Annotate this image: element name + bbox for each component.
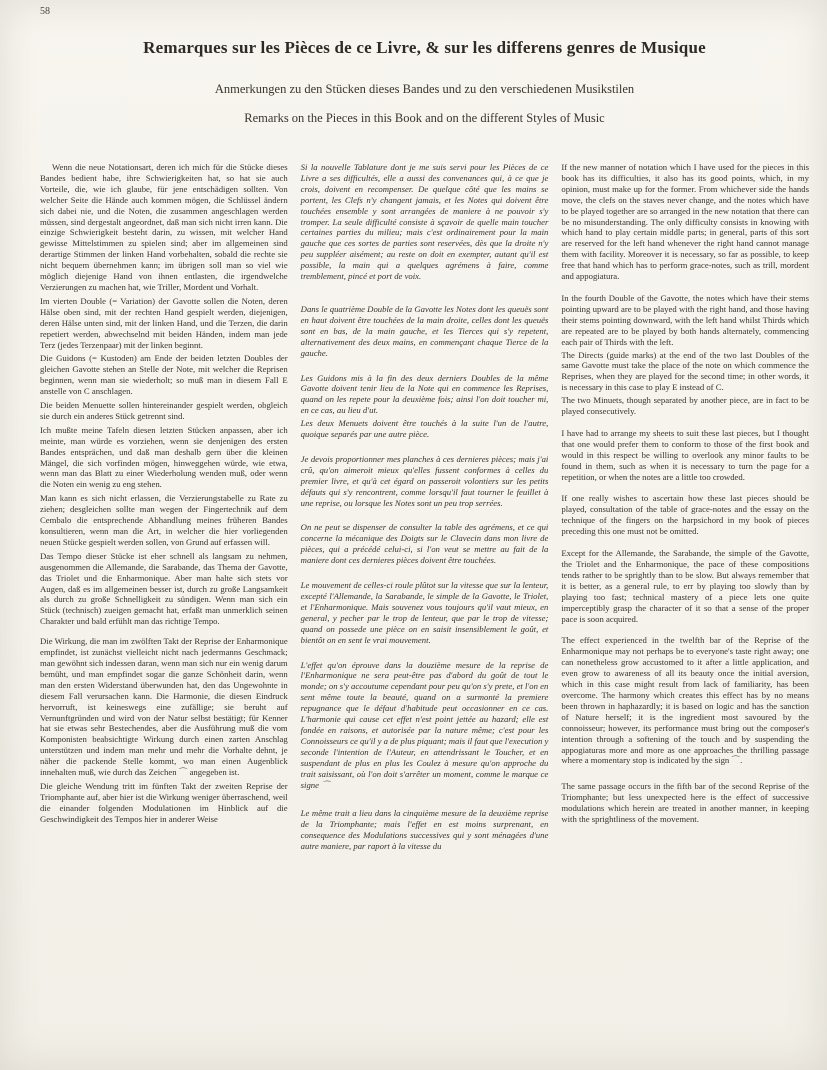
column-german: Wenn die neue Notationsart, deren ich mi… [40,162,288,866]
paragraph: Die beiden Menuette sollen hintereinande… [40,400,288,422]
paragraph: Man kann es sich nicht erlassen, die Ver… [40,493,288,548]
paragraph: Ich mußte meine Tafeln diesen letzten St… [40,425,288,490]
paragraph: The same passage occurs in the fifth bar… [561,781,809,825]
paragraph: Das Tempo dieser Stücke ist eher schnell… [40,551,288,627]
paragraph: The effect experienced in the twelfth ba… [561,635,809,766]
paragraph: Die Wirkung, die man im zwölften Takt de… [40,636,288,778]
page-number: 58 [40,6,809,18]
paragraph: Die Guidons (= Kustoden) am Ende der bei… [40,353,288,397]
paragraph: The two Minuets, though separated by ano… [561,395,809,417]
paragraph: The Directs (guide marks) at the end of … [561,350,809,394]
paragraph: If one really wishes to ascertain how th… [561,493,809,537]
book-page: 58 Remarques sur les Pièces de ce Livre,… [0,0,827,1070]
paragraph: L'effet qu'on éprouve dans la douzième m… [301,660,549,791]
column-french: Si la nouvelle Tablature dont je me suis… [301,162,549,866]
subtitle-german: Anmerkungen zu den Stücken dieses Bandes… [40,82,809,97]
text-columns: Wenn die neue Notationsart, deren ich mi… [40,162,809,866]
paragraph: Les Guidons mis à la fin des deux dernie… [301,373,549,417]
paragraph: I have had to arrange my sheets to suit … [561,428,809,483]
paragraph: Dans le quatrième Double de la Gavotte l… [301,304,549,359]
paragraph: Except for the Allemande, the Sarabande,… [561,548,809,624]
paragraph: On ne peut se dispenser de consulter la … [301,522,549,566]
paragraph: If the new manner of notation which I ha… [561,162,809,282]
subtitle-english: Remarks on the Pieces in this Book and o… [40,111,809,126]
paragraph: Die gleiche Wendung tritt im fünften Tak… [40,781,288,825]
paragraph: Je devois proportionner mes planches à c… [301,454,549,509]
page-title: Remarques sur les Pièces de ce Livre, & … [40,38,809,58]
paragraph: Les deux Menuets doivent être touchés à … [301,418,549,440]
paragraph: In the fourth Double of the Gavotte, the… [561,293,809,348]
paragraph: Im vierten Double (= Variation) der Gavo… [40,296,288,351]
paragraph: Wenn die neue Notationsart, deren ich mi… [40,162,288,293]
paragraph: Le mouvement de celles-ci roule plûtot s… [301,580,549,645]
column-english: If the new manner of notation which I ha… [561,162,809,866]
paragraph: Si la nouvelle Tablature dont je me suis… [301,162,549,282]
paragraph: Le même trait a lieu dans la cinquième m… [301,808,549,852]
